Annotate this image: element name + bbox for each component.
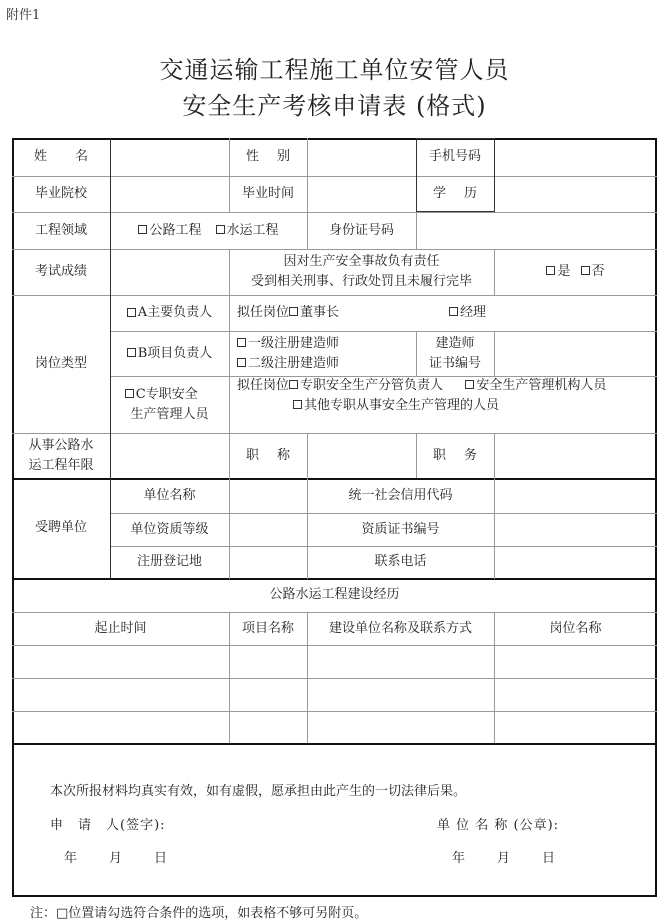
education-label: 学历 (416, 176, 494, 212)
checkbox-icon[interactable] (449, 307, 458, 316)
year-label: 年 (64, 851, 77, 866)
checkbox-safety-dept-staff[interactable]: 安全生产管理机构人员 (465, 378, 606, 393)
phone-label: 手机号码 (416, 138, 494, 176)
checkbox-c-safety-manager[interactable]: C专职安全 生产管理人员 (110, 376, 229, 433)
qualification-cert-input[interactable] (494, 513, 657, 546)
month-label: 月 (497, 851, 510, 866)
checkbox-icon[interactable] (127, 348, 136, 357)
experience-years-input[interactable] (110, 433, 229, 478)
checkbox-highway[interactable]: 公路工程 (138, 221, 201, 241)
checkbox-icon[interactable] (237, 358, 246, 367)
qualification-grade-input[interactable] (229, 513, 307, 546)
duty-label: 职务 (416, 433, 494, 478)
grad-time-input[interactable] (307, 176, 416, 212)
footnote: 注：□位置请勾选符合条件的选项，如表格不够可另附页。 (30, 902, 367, 921)
phone-input[interactable] (494, 138, 657, 176)
checkbox-icon[interactable] (289, 380, 298, 389)
month-label: 月 (109, 851, 122, 866)
checkbox-icon[interactable] (216, 225, 225, 234)
checkbox-icon[interactable] (237, 338, 246, 347)
checkbox-icon[interactable] (289, 307, 298, 316)
checkbox-icon[interactable] (293, 400, 302, 409)
day-label: 日 (542, 851, 555, 866)
contact-phone-label: 联系电话 (307, 546, 494, 578)
checkbox-other-safety-staff[interactable]: 其他专职从事安全生产管理的人员 (237, 396, 499, 416)
education-input[interactable] (494, 176, 657, 212)
id-input[interactable] (416, 212, 657, 249)
history-row-3-position[interactable] (494, 711, 657, 743)
checkbox-icon[interactable] (546, 266, 555, 275)
checkbox-manager[interactable]: 经理 (449, 303, 486, 323)
liability-line1: 因对生产安全事故负有责任 (283, 252, 439, 272)
history-col-owner: 建设单位名称及联系方式 (307, 612, 494, 645)
unit-date: 年月日 (452, 847, 555, 866)
checkbox-chairman[interactable]: 董事长 (289, 303, 339, 323)
liability-line2: 受到相关刑事、行政处罚且未履行完毕 (251, 272, 472, 292)
constructor-cert-label: 建造师 证书编号 (416, 331, 494, 376)
checkbox-safety-deputy[interactable]: 专职安全生产分管负责人 (289, 378, 443, 393)
declaration-statement: 本次所报材料均真实有效，如有虚假，愿承担由此产生的一切法律后果。 (50, 780, 466, 799)
history-col-period: 起止时间 (12, 612, 229, 645)
liability-question: 因对生产安全事故负有责任 受到相关刑事、行政处罚且未履行完毕 (229, 249, 494, 295)
professional-title-label: 职称 (229, 433, 307, 478)
employer-name-label: 单位名称 (110, 478, 229, 513)
field-options: 公路工程 水运工程 (110, 212, 307, 249)
credit-code-input[interactable] (494, 478, 657, 513)
applicant-date: 年月日 (64, 847, 167, 866)
attachment-label: 附件1 (6, 4, 40, 23)
history-row-3-project[interactable] (229, 711, 307, 743)
history-col-project: 项目名称 (229, 612, 307, 645)
form-title-line2: 安全生产考核申请表 (格式) (0, 86, 669, 121)
checkbox-icon[interactable] (138, 225, 147, 234)
professional-title-input[interactable] (307, 433, 416, 478)
employer-label: 受聘单位 (12, 478, 110, 578)
history-row-1-owner[interactable] (307, 645, 494, 678)
section-divider (12, 743, 657, 745)
history-row-3-period[interactable] (12, 711, 229, 743)
exam-input[interactable] (110, 249, 229, 295)
checkbox-yes[interactable]: 是 (546, 262, 570, 282)
unit-seal-label: 单 位 名 称 (公章): (437, 814, 559, 833)
checkbox-icon[interactable] (125, 389, 134, 398)
checkbox-b-project-leader[interactable]: B项目负责人 (110, 331, 229, 376)
history-row-1-project[interactable] (229, 645, 307, 678)
history-row-2-project[interactable] (229, 678, 307, 711)
checkbox-icon[interactable] (465, 380, 474, 389)
year-label: 年 (452, 851, 465, 866)
name-label: 姓名 (12, 138, 110, 176)
registration-place-input[interactable] (229, 546, 307, 578)
registration-place-label: 注册登记地 (110, 546, 229, 578)
gender-label: 性别 (229, 138, 307, 176)
duty-input[interactable] (494, 433, 657, 478)
c-intended-position: 拟任岗位专职安全生产分管负责人 安全生产管理机构人员 其他专职从事安全生产管理的… (229, 376, 657, 433)
b-constructor-options: 一级注册建造师 二级注册建造师 (229, 331, 416, 376)
history-row-2-position[interactable] (494, 678, 657, 711)
checkbox-no[interactable]: 否 (581, 262, 605, 282)
history-row-3-owner[interactable] (307, 711, 494, 743)
exam-label: 考试成绩 (12, 249, 110, 295)
checkbox-a-principal[interactable]: A主要负责人 (110, 295, 229, 331)
employer-name-input[interactable] (229, 478, 307, 513)
checkbox-icon[interactable] (127, 308, 136, 317)
checkbox-waterway[interactable]: 水运工程 (216, 221, 279, 241)
contact-phone-input[interactable] (494, 546, 657, 578)
position-type-label: 岗位类型 (12, 295, 110, 433)
credit-code-label: 统一社会信用代码 (307, 478, 494, 513)
field-label: 工程领域 (12, 212, 110, 249)
yes-no-options: 是 否 (494, 249, 657, 295)
day-label: 日 (154, 851, 167, 866)
constructor-cert-input[interactable] (494, 331, 657, 376)
grad-time-label: 毕业时间 (229, 176, 307, 212)
checkbox-icon[interactable] (581, 266, 590, 275)
checkbox-level2-constructor[interactable]: 二级注册建造师 (237, 354, 339, 374)
qualification-grade-label: 单位资质等级 (110, 513, 229, 546)
id-label: 身份证号码 (307, 212, 416, 249)
history-row-1-period[interactable] (12, 645, 229, 678)
school-input[interactable] (110, 176, 229, 212)
history-section-title: 公路水运工程建设经历 (12, 578, 657, 612)
history-row-2-owner[interactable] (307, 678, 494, 711)
checkbox-level1-constructor[interactable]: 一级注册建造师 (237, 334, 339, 354)
history-row-2-period[interactable] (12, 678, 229, 711)
school-label: 毕业院校 (12, 176, 110, 212)
applicant-signature-label: 申 请 人(签字): (50, 814, 166, 833)
history-col-position: 岗位名称 (494, 612, 657, 645)
form-title-line1: 交通运输工程施工单位安管人员 (0, 50, 669, 85)
history-row-1-position[interactable] (494, 645, 657, 678)
a-intended-position: 拟任岗位 董事长 经理 (229, 295, 657, 331)
gender-input[interactable] (307, 138, 416, 176)
qualification-cert-label: 资质证书编号 (307, 513, 494, 546)
experience-years-label: 从事公路水 运工程年限 (12, 433, 110, 478)
name-input[interactable] (110, 138, 229, 176)
